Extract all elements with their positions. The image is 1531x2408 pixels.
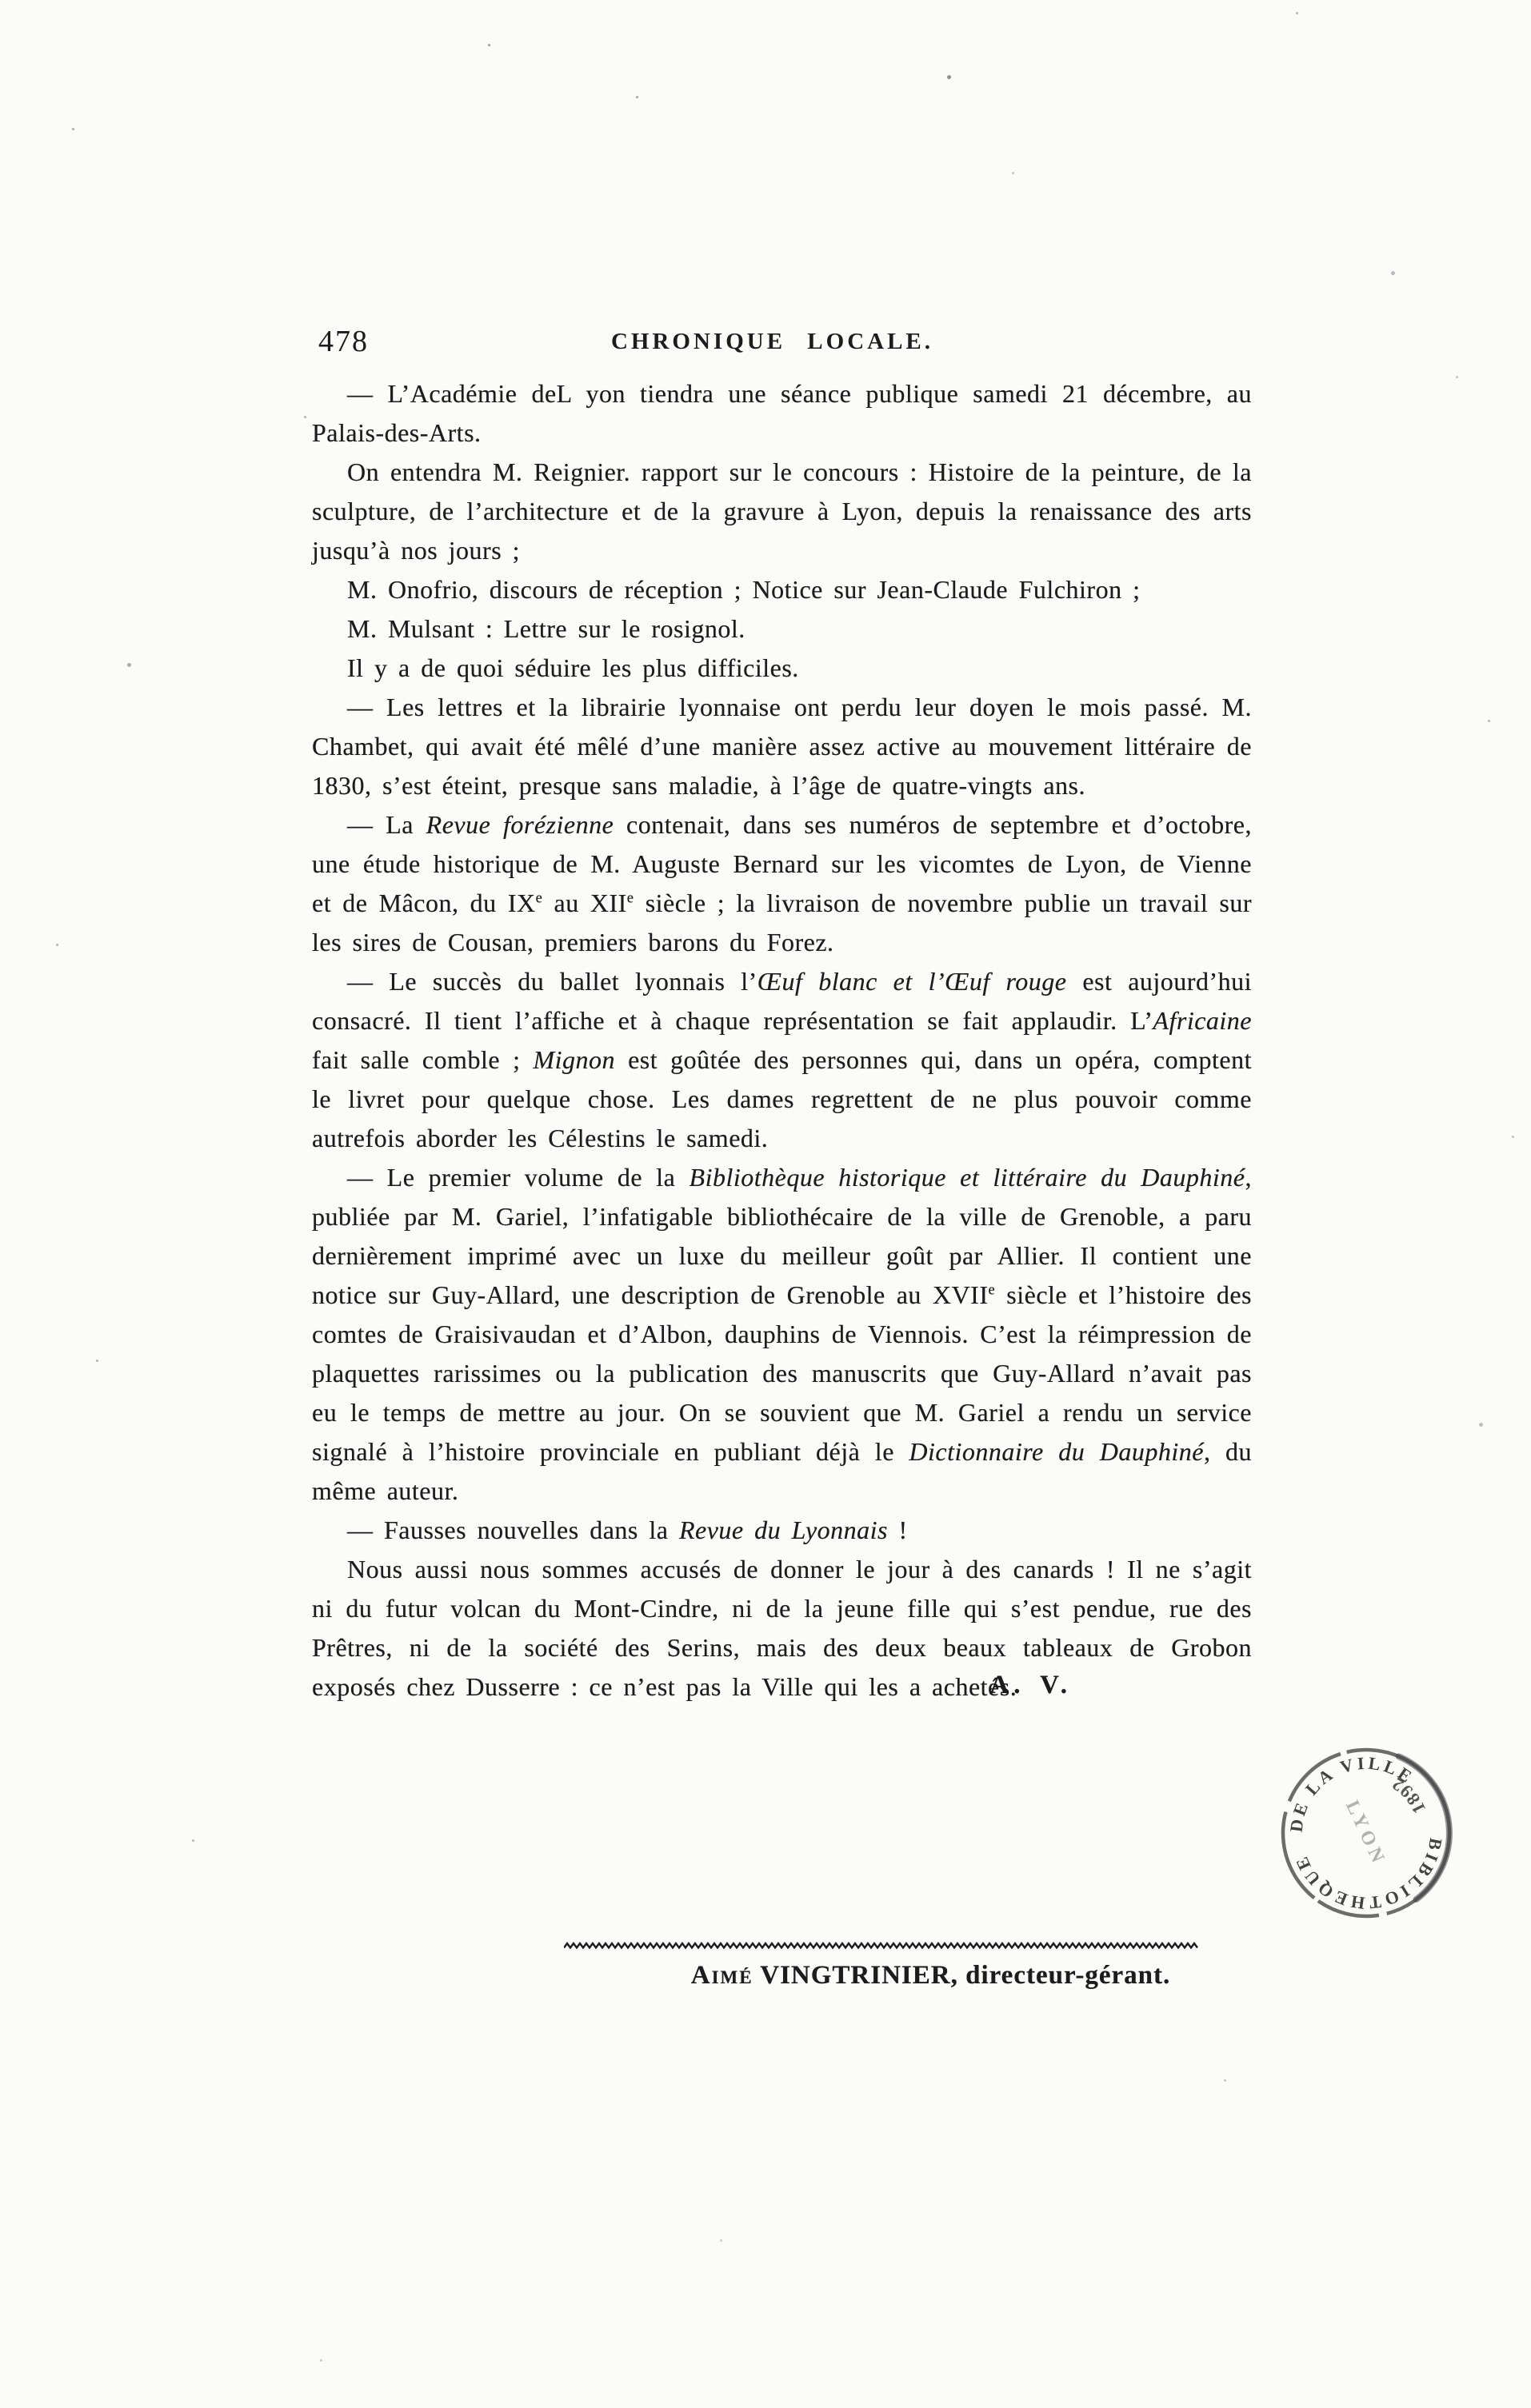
text-run: Revue forézienne <box>426 810 614 839</box>
page-header: 478 CHRONIQUE LOCALE. <box>312 324 1252 372</box>
article-body: — L’Académie deL yon tiendra une séance … <box>312 374 1252 1707</box>
library-stamp: DE LA VILLE 1892 BIBLIOTHEQUE LYON <box>1263 1730 1470 1937</box>
text-run: Œuf blanc et l’Œuf rouge <box>758 967 1067 996</box>
text-run: Revue du Lyonnais <box>679 1515 888 1544</box>
signature-last-name: VINGTRINIER <box>754 1961 951 1990</box>
text-run: — L’Académie deL yon tiendra une séance … <box>312 379 1252 447</box>
text-run: ! <box>888 1515 908 1544</box>
paragraph: — La Revue forézienne contenait, dans se… <box>312 805 1252 962</box>
text-run: e <box>627 889 634 906</box>
paragraph: — Le succès du ballet lyonnais l’Œuf bla… <box>312 962 1252 1158</box>
paragraph: Nous aussi nous sommes accusés de donner… <box>312 1550 1252 1707</box>
stamp-center-text: LYON <box>1341 1797 1389 1869</box>
signature-role: , directeur-gérant. <box>951 1961 1171 1990</box>
text-run: — Fausses nouvelles dans la <box>347 1515 679 1544</box>
text-run: au XII <box>542 889 626 917</box>
paragraph: On entendra M. Reignier. rapport sur le … <box>312 453 1252 570</box>
divider-squiggle <box>564 1943 1197 1948</box>
signature-first-name: Aimé <box>691 1961 754 1990</box>
text-run: Bibliothèque historique et littéraire du… <box>690 1163 1245 1192</box>
text-run: Dictionnaire du Dauphiné <box>909 1437 1204 1466</box>
text-run: — Les lettres et la librairie lyonnaise … <box>312 693 1252 800</box>
text-run: — La <box>347 810 426 839</box>
paragraph: — Les lettres et la librairie lyonnaise … <box>312 688 1252 805</box>
text-run: M. Onofrio, discours de réception ; Noti… <box>347 575 1140 604</box>
paragraph: — L’Académie deL yon tiendra une séance … <box>312 374 1252 453</box>
text-run: — Le succès du ballet lyonnais l’ <box>347 967 758 996</box>
text-run: fait salle comble ; <box>312 1045 534 1074</box>
paragraph: — Fausses nouvelles dans la Revue du Lyo… <box>312 1511 1252 1550</box>
text-run: On entendra M. Reignier. rapport sur le … <box>312 457 1252 565</box>
text-run: Il y a de quoi séduire les plus difficil… <box>347 653 799 682</box>
text-run: Nous aussi nous sommes accusés de donner… <box>312 1555 1252 1701</box>
author-initials: A. V. <box>989 1666 1072 1705</box>
signature-line: Aimé VINGTRINIER, directeur-gérant. <box>312 1961 1252 1991</box>
running-title: CHRONIQUE LOCALE. <box>302 329 1242 355</box>
text-run: Africaine <box>1153 1006 1252 1035</box>
text-run: Mignon <box>534 1045 616 1074</box>
scanned-page: 478 CHRONIQUE LOCALE. — L’Académie deL y… <box>0 0 1531 2408</box>
scan-noise <box>488 44 490 46</box>
wavy-divider <box>564 1942 1200 1950</box>
paragraph: M. Mulsant : Lettre sur le rosignol. <box>312 609 1252 649</box>
text-run: — Le premier volume de la <box>347 1163 690 1192</box>
paragraph: Il y a de quoi séduire les plus difficil… <box>312 649 1252 688</box>
paragraph: — Le premier volume de la Bibliothèque h… <box>312 1158 1252 1511</box>
paragraph: M. Onofrio, discours de réception ; Noti… <box>312 570 1252 609</box>
text-run: e <box>989 1281 996 1298</box>
text-run: M. Mulsant : Lettre sur le rosignol. <box>347 614 746 643</box>
